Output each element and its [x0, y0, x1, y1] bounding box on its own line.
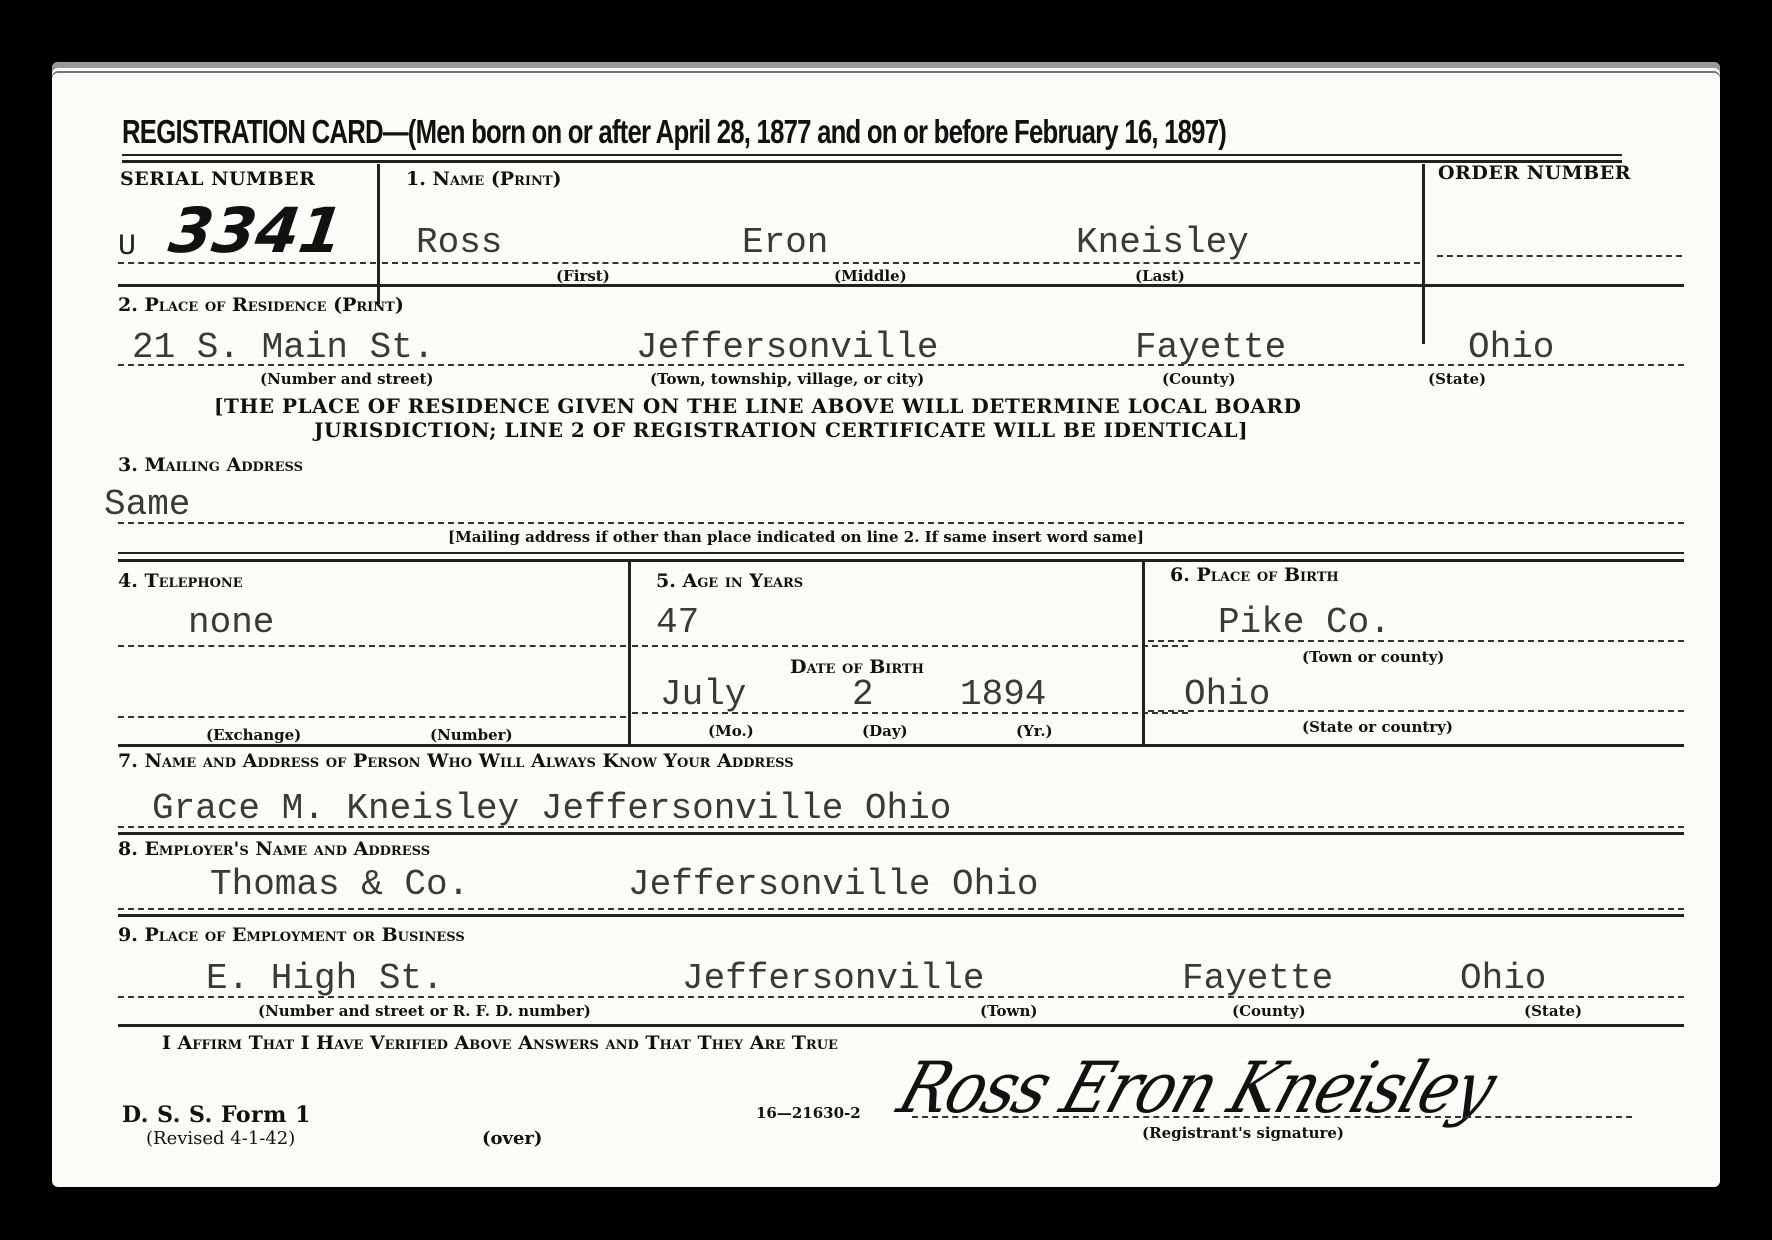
employment-street-value: E. High St.	[206, 958, 444, 999]
dob-month-caption: (Mo.)	[708, 722, 754, 740]
dob-day-value: 2	[852, 674, 874, 715]
signature-line	[912, 1116, 1632, 1118]
telephone-divider	[628, 562, 631, 746]
serial-divider	[377, 164, 380, 304]
employer-name-value: Thomas & Co.	[210, 864, 469, 905]
age-value: 47	[656, 602, 699, 643]
over-note: (over)	[482, 1128, 542, 1149]
serial-number-label: SERIAL NUMBER	[120, 168, 315, 190]
section-rule-4	[118, 832, 1684, 835]
residence-county-value: Fayette	[1135, 327, 1286, 368]
dob-year-value: 1894	[960, 674, 1046, 715]
dob-year-caption: (Yr.)	[1016, 722, 1053, 740]
birthplace-town-caption: (Town or county)	[1302, 648, 1444, 666]
employer-underline	[118, 908, 1684, 910]
section-rule-6	[118, 1024, 1684, 1027]
mailing-address-value: Same	[104, 484, 190, 525]
employment-county-value: Fayette	[1182, 958, 1333, 999]
birthplace-state-caption: (State or country)	[1302, 718, 1453, 736]
section-rule-2a	[118, 552, 1684, 554]
first-caption: (First)	[556, 267, 610, 285]
age-divider	[1142, 562, 1145, 746]
employer-address-value: Jeffersonville Ohio	[628, 864, 1038, 905]
age-label: 5. Age in Years	[656, 570, 803, 592]
contact-underline	[118, 826, 1684, 828]
section-rule-3	[118, 744, 1684, 747]
title-rule-bottom	[122, 160, 1622, 163]
section-rule-5	[118, 914, 1684, 917]
middle-caption: (Middle)	[834, 267, 907, 285]
birthplace-town-value: Pike Co.	[1218, 602, 1391, 643]
birthplace-state-underline	[1148, 710, 1684, 712]
print-code: 16—21630-2	[756, 1104, 861, 1122]
exchange-caption: (Exchange)	[206, 726, 301, 744]
employment-underline	[118, 996, 1684, 998]
birthplace-town-underline	[1148, 640, 1684, 642]
number-caption: (Number)	[430, 726, 513, 744]
registration-card: REGISTRATION CARD—(Men born on or after …	[52, 62, 1720, 1187]
form-number: D. S. S. Form 1	[122, 1102, 311, 1128]
serial-underline	[118, 262, 376, 264]
birthplace-state-value: Ohio	[1184, 674, 1270, 715]
affirmation-text: I Affirm That I Have Verified Above Answ…	[162, 1032, 838, 1054]
employment-county-caption: (County)	[1232, 1002, 1306, 1020]
residence-town-value: Jeffersonville	[636, 327, 938, 368]
serial-number-value: 3341	[165, 194, 348, 267]
telephone-underline-1	[118, 645, 626, 647]
dob-underline	[632, 712, 1188, 714]
form-revised-date: (Revised 4-1-42)	[146, 1128, 295, 1149]
residence-county-caption: (County)	[1162, 370, 1236, 388]
residence-underline	[118, 364, 1684, 366]
title-rule-top	[122, 154, 1622, 156]
contact-label: 7. Name and Address of Person Who Will A…	[118, 750, 794, 772]
signature-caption: (Registrant's signature)	[1142, 1124, 1344, 1142]
name-label: 1. Name (Print)	[406, 168, 562, 190]
name-underline	[382, 262, 1420, 264]
telephone-underline-2	[118, 716, 626, 718]
employment-label: 9. Place of Employment or Business	[118, 924, 465, 946]
telephone-value: none	[188, 602, 274, 643]
residence-notice-line2: JURISDICTION; LINE 2 OF REGISTRATION CER…	[314, 418, 1248, 442]
residence-state-caption: (State)	[1428, 370, 1486, 388]
middle-name-value: Eron	[742, 222, 828, 263]
serial-prefix: U	[118, 230, 136, 264]
mailing-caption: [Mailing address if other than place ind…	[448, 528, 1144, 546]
employment-street-caption: (Number and street or R. F. D. number)	[258, 1002, 591, 1020]
birthplace-label: 6. Place of Birth	[1170, 564, 1339, 586]
last-name-value: Kneisley	[1076, 222, 1249, 263]
residence-label: 2. Place of Residence (Print)	[118, 294, 404, 316]
mailing-address-label: 3. Mailing Address	[118, 454, 303, 476]
residence-street-caption: (Number and street)	[260, 370, 433, 388]
section-rule-2b	[118, 559, 1684, 562]
age-underline	[632, 645, 1188, 647]
mailing-underline	[118, 522, 1684, 524]
telephone-label: 4. Telephone	[118, 570, 243, 592]
employment-town-caption: (Town)	[980, 1002, 1037, 1020]
residence-street-value: 21 S. Main St.	[132, 327, 434, 368]
section-rule-1	[118, 284, 1684, 287]
order-number-label: ORDER NUMBER	[1438, 162, 1631, 184]
residence-town-caption: (Town, township, village, or city)	[650, 370, 924, 388]
residence-state-value: Ohio	[1468, 327, 1554, 368]
order-divider	[1422, 164, 1425, 344]
order-number-field	[1437, 255, 1682, 257]
employment-town-value: Jeffersonville	[682, 958, 984, 999]
card-title: REGISTRATION CARD—(Men born on or after …	[122, 113, 1226, 151]
last-caption: (Last)	[1135, 267, 1185, 285]
employment-state-value: Ohio	[1460, 958, 1546, 999]
dob-day-caption: (Day)	[862, 722, 908, 740]
contact-value: Grace M. Kneisley Jeffersonville Ohio	[152, 788, 951, 829]
employer-label: 8. Employer's Name and Address	[118, 838, 430, 860]
dob-month-value: July	[660, 674, 746, 715]
employment-state-caption: (State)	[1524, 1002, 1582, 1020]
residence-notice-line1: [THE PLACE OF RESIDENCE GIVEN ON THE LIN…	[214, 394, 1301, 418]
first-name-value: Ross	[416, 222, 502, 263]
